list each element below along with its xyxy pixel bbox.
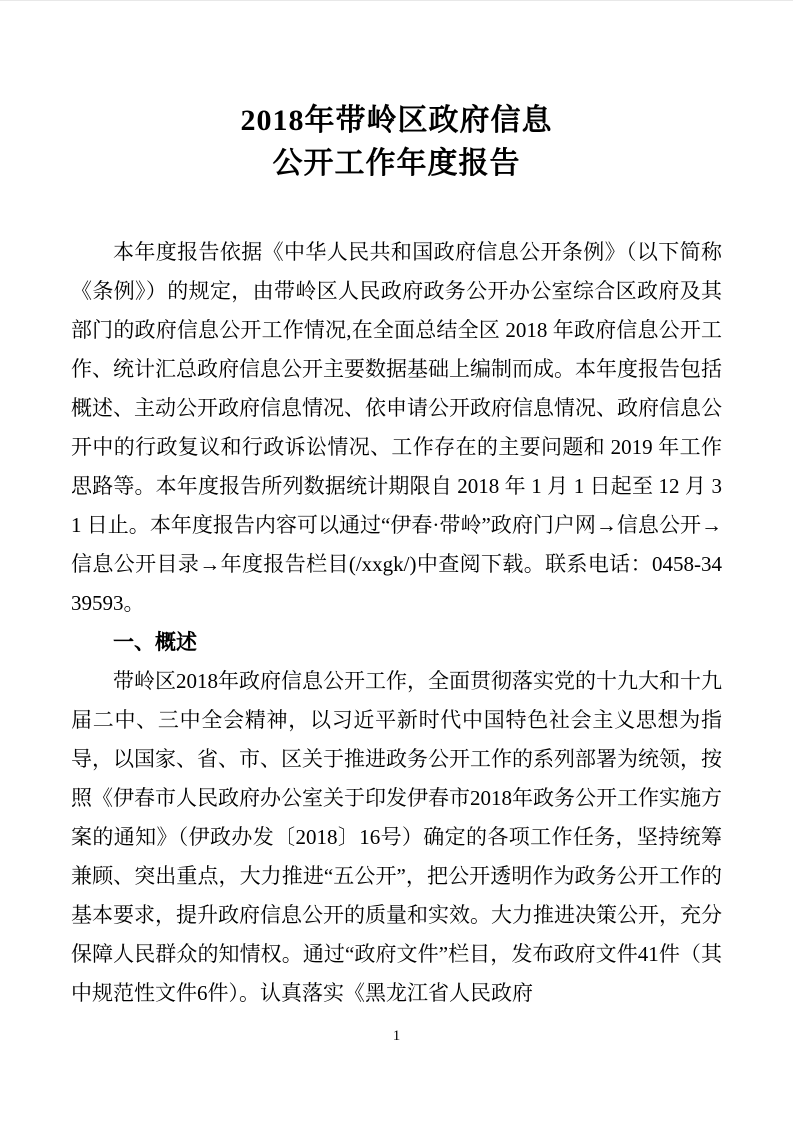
section-heading-overview: 一、概述 <box>71 623 722 662</box>
document-title: 2018年带岭区政府信息 公开工作年度报告 <box>0 99 793 185</box>
document-page: 2018年带岭区政府信息 公开工作年度报告 本年度报告依据《中华人民共和国政府信… <box>0 0 793 1122</box>
page-number: 1 <box>0 1029 793 1044</box>
document-body: 本年度报告依据《中华人民共和国政府信息公开条例》（以下简称《条例》）的规定，由带… <box>71 185 722 1013</box>
paragraph-intro: 本年度报告依据《中华人民共和国政府信息公开条例》（以下简称《条例》）的规定，由带… <box>71 233 722 623</box>
paragraph-overview: 带岭区2018年政府信息公开工作，全面贯彻落实党的十九大和十九届二中、三中全会精… <box>71 662 722 1013</box>
title-line-2: 公开工作年度报告 <box>0 142 793 185</box>
title-line-1: 2018年带岭区政府信息 <box>0 99 793 142</box>
title-body-spacer <box>71 185 722 233</box>
